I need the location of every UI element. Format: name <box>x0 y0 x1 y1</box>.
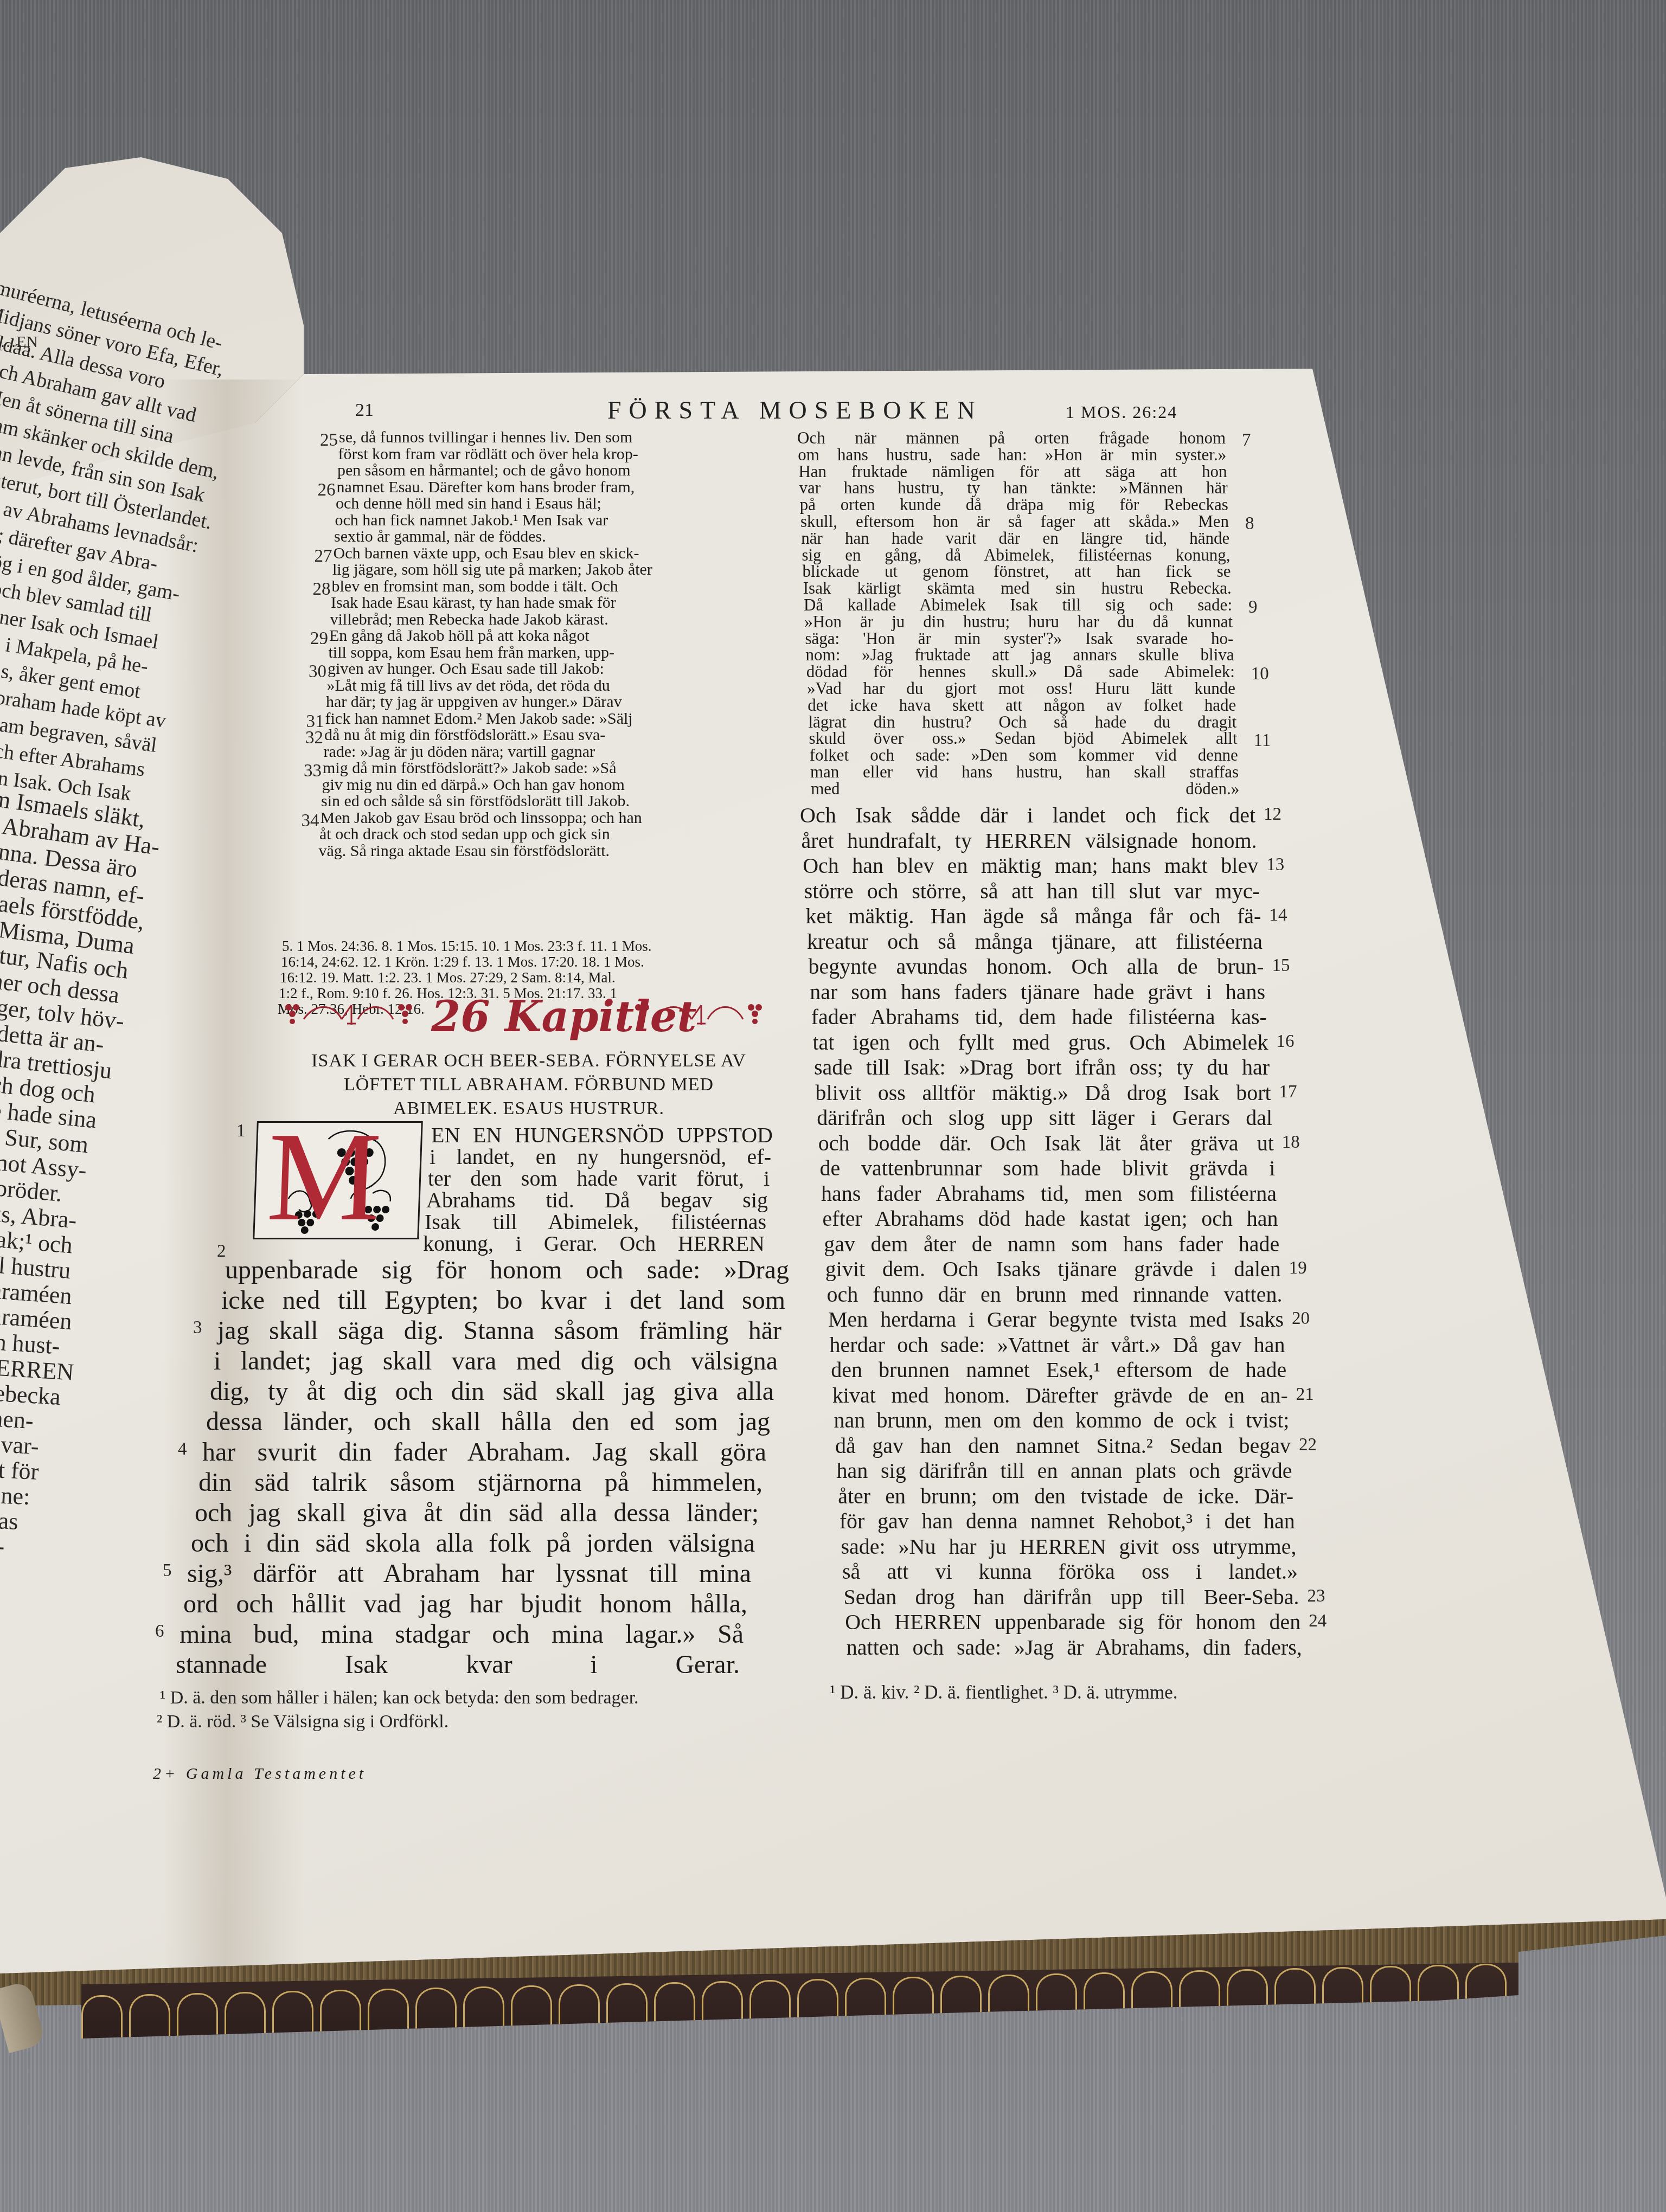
footnote-line: ² D. ä. röd. ³ Se Välsigna sig i Ordförk… <box>157 1710 448 1734</box>
text-line: han sig därifrån till en annan plats och… <box>837 1458 1292 1483</box>
text-line: ket mäktig. Han ägde så många får och fä… <box>805 903 1261 929</box>
chapter-heading: 26 Kapitlet <box>282 998 781 1052</box>
cross-reference-line: 5. 1 Mos. 24:36. 8. 1 Mos. 15:15. 10. 1 … <box>282 938 652 955</box>
text-line: icke ned till Egypten; bo kvar i det lan… <box>221 1285 785 1315</box>
left-page-header-fragment: …EN <box>0 325 38 359</box>
text-line: Och han blev en mäktig man; hans makt bl… <box>803 853 1258 878</box>
text-line: Och barnen växte upp, och Esau blev en s… <box>334 544 639 563</box>
text-line: sig,³ därför att Abraham har lyssnat til… <box>187 1559 751 1589</box>
cross-reference-line: 16:12. 19. Matt. 1:2. 23. 1 Mos. 27:29, … <box>280 969 616 986</box>
verse-number: 28 <box>313 580 331 600</box>
verse-number: 25 <box>320 430 338 451</box>
text-line: namnet Esau. Därefter kom hans broder fr… <box>337 478 635 497</box>
verse-number: 6 <box>155 1622 164 1642</box>
cross-reference-line: 16:14, 24:62. 12. 1 Krön. 1:29 f. 13. 1 … <box>281 954 644 970</box>
text-line: sin ed och sålde så sin förstfödslorätt … <box>321 792 630 811</box>
text-line: och denne höll med sin hand i Esaus häl; <box>336 494 601 513</box>
text-line: då nu åt mig din förstfödslorätt.» Esau … <box>324 726 605 744</box>
text-line: En gång då Jakob höll på att koka något <box>329 627 589 645</box>
verse-number: 30 <box>309 662 326 682</box>
text-line: och han fick namnet Jakob.¹ Men Isak var <box>335 511 608 530</box>
text-line: uppenbarade sig för honom och sade: »Dra… <box>225 1255 789 1285</box>
text-line: mig då min förstfödslorätt?» Jakob sade:… <box>323 759 617 777</box>
text-line: de vattenbrunnar som hade blivit grävda … <box>819 1155 1275 1181</box>
text-line: din säd talrik såsom stjärnorna på himme… <box>198 1468 762 1497</box>
text-line: gav dem åter de namn som hans fader hade <box>824 1231 1279 1257</box>
text-line: har svurit din fader Abraham. Jag skall … <box>202 1437 766 1467</box>
verse-number: 21 <box>1296 1385 1314 1405</box>
signature-mark: 2+ Gamla Testamentet <box>153 1765 367 1783</box>
text-line: först kom fram var rödlätt och över hela… <box>338 445 638 464</box>
text-line: fader Abrahams tid, dem hade filistéerna… <box>811 1004 1267 1030</box>
text-line: och funno där en brunn med rinnande vatt… <box>826 1282 1282 1307</box>
text-line: Men Jakob gav Esau bröd och linssoppa; o… <box>321 809 642 827</box>
text-line: sade: »Nu har ju HERREN givit oss utrymm… <box>841 1534 1296 1559</box>
verse-number: 15 <box>1272 956 1290 976</box>
verse-number: 18 <box>1282 1133 1300 1153</box>
chapter-verse-reference: 1 MOS. 26:24 <box>1066 402 1177 422</box>
text-line: tat igen och fyllt med grus. Och Abimele… <box>812 1030 1268 1055</box>
verse-number: 9 <box>1248 597 1258 618</box>
text-line: har där; ty jag är uppgiven av hunger.» … <box>326 693 622 711</box>
text-line: ord och hållit vad jag har bjudit honom … <box>183 1589 747 1619</box>
text-line: väg. Så ringa aktade Esau sin förstfödsl… <box>319 842 610 860</box>
verse-number: 13 <box>1266 855 1284 875</box>
verse-number: 34 <box>302 811 319 831</box>
verse-number: 11 <box>1254 731 1271 751</box>
text-line: då gav han den namnet Sitna.² Sedan bega… <box>835 1433 1291 1458</box>
text-line: året hundrafalt, ty HERREN välsignade ho… <box>802 828 1257 853</box>
text-line: »Låt mig få till livs av det röda, det r… <box>327 677 610 695</box>
text-line: mina bud, mina stadgar och mina lagar.» … <box>180 1619 744 1649</box>
verse-number: 26 <box>318 480 336 500</box>
text-line: i landet; jag skall vara med dig och väl… <box>214 1346 778 1376</box>
text-line: den brunnen namnet Esek,¹ eftersom de ha… <box>831 1357 1286 1382</box>
chapter-title: 26 Kapitlet <box>431 992 697 1041</box>
page-number: 21 <box>355 400 374 421</box>
text-line: fick han namnet Edom.² Men Jakob sade: »… <box>325 710 633 728</box>
verse-number: 5 <box>163 1561 172 1581</box>
text-line: begynte avundas honom. Och alla de brun- <box>809 954 1264 979</box>
text-line: och jag skall giva åt din säd alla dessa… <box>195 1498 759 1528</box>
text-line: rade: »Jag är ju döden nära; vartill gag… <box>324 743 595 761</box>
text-line: Sedan drog han därifrån upp till Beer-Se… <box>844 1584 1299 1610</box>
drop-cap-letter: M <box>265 1113 383 1240</box>
verse-number: 7 <box>1242 430 1251 451</box>
running-title: FÖRSTA MOSEBOKEN <box>607 396 983 425</box>
text-line: nar som hans faders tjänare hade grävt i… <box>810 979 1265 1005</box>
text-line: Och HERREN uppenbarade sig för honom den <box>845 1609 1300 1635</box>
text-line: herdar och sade: »Vattnet är vårt.» Då g… <box>830 1332 1285 1358</box>
text-line: med döden.» <box>811 779 1239 799</box>
text-line: Isak hade Esau kärast, ty han hade smak … <box>331 594 616 612</box>
text-line: hans fader Abrahams tid, men som filisté… <box>821 1181 1277 1206</box>
footnote-line: ¹ D. ä. den som håller i hälen; kan ock … <box>160 1686 639 1710</box>
verse-number-1: 1 <box>236 1121 246 1141</box>
verse-number: 27 <box>315 546 332 567</box>
text-line: nan brunn, men om den kommo de ock i tvi… <box>834 1407 1289 1433</box>
verse-number: 17 <box>1279 1082 1297 1102</box>
text-line: Men herdarna i Gerar begynte tvista med … <box>828 1307 1284 1332</box>
text-line: för gav han denna namnet Rehobot,³ i det… <box>840 1508 1295 1534</box>
text-line: lig jägare, som höll sig ute på marken; … <box>332 561 652 579</box>
verse-number: 3 <box>193 1318 202 1338</box>
chapter-summary-line: LÖFTET TILL ABRAHAM. FÖRBUND MED <box>277 1073 781 1097</box>
text-line: blev en fromsint man, som bodde i tält. … <box>332 577 618 596</box>
text-line: blivit oss alltför mäktig.» Då drog Isak… <box>816 1080 1271 1105</box>
drop-cap-box: M <box>253 1121 423 1239</box>
text-line: giv mig nu din ed därpå.» Och han gav ho… <box>322 776 625 794</box>
text-line: pen såsom en hårmantel; och de gåvo hono… <box>337 461 631 480</box>
text-line: dig, ty åt dig och din säd skall jag giv… <box>210 1377 774 1406</box>
text-line: därifrån och slog upp sitt läger i Gerar… <box>817 1105 1272 1130</box>
text-line: se, då funnos tvillingar i hennes liv. D… <box>339 428 632 447</box>
verse-number: 12 <box>1264 805 1281 825</box>
text-line: kreatur och så många tjänare, att filist… <box>807 929 1263 954</box>
text-line: och i din säd skola alla folk på jorden … <box>191 1528 755 1558</box>
text-line: efter Abrahams död hade kastat igen; och… <box>823 1206 1278 1231</box>
verse-number: 33 <box>304 761 322 781</box>
text-line: kivat med honom. Därefter grävde de en a… <box>832 1382 1288 1408</box>
verse-number: 22 <box>1299 1435 1317 1455</box>
text-line: större och större, så att han till slut … <box>804 878 1260 904</box>
verse-number: 4 <box>178 1439 187 1459</box>
verse-number: 29 <box>310 629 328 649</box>
text-line: åter en brunn; om den tvistade de icke. … <box>838 1483 1293 1509</box>
verse-number: 24 <box>1309 1611 1327 1631</box>
text-line: natten och sade: »Jag är Abrahams, din f… <box>847 1635 1302 1660</box>
text-line: åt och drack och stod sedan upp och gick… <box>319 825 610 844</box>
text-line: givit dem. Och Isaks tjänare grävde i da… <box>825 1256 1281 1282</box>
footnotes-right-column: ¹ D. ä. kiv. ² D. ä. fientlighet. ³ D. ä… <box>830 1681 1178 1705</box>
text-line: sade till Isak: »Drag bort ifrån oss; ty… <box>814 1054 1270 1080</box>
text-line: dessa länder, och skall hålla den ed som… <box>206 1407 770 1437</box>
verse-number: 16 <box>1276 1032 1294 1052</box>
left-page-line: er- <box>0 1529 94 1567</box>
verse-number: 19 <box>1289 1258 1307 1278</box>
text-line: Och Isak sådde där i landet och fick det <box>800 802 1255 828</box>
text-line: till soppa, kom Esau hem från marken, up… <box>329 644 614 662</box>
text-line: konung, i Gerar. Och HERREN <box>423 1231 765 1256</box>
text-line: stannade Isak kvar i Gerar. <box>176 1650 740 1680</box>
verse-number: 20 <box>1292 1309 1310 1329</box>
text-line: given av hunger. Och Esau sade till Jako… <box>328 660 604 678</box>
text-line: jag skall säga dig. Stanna såsom främlin… <box>217 1316 781 1346</box>
text-line: sextio år gammal, när de föddes. <box>334 528 546 546</box>
verse-number: 10 <box>1251 664 1269 684</box>
verse-number: 23 <box>1308 1586 1325 1606</box>
chapter-summary-line: ISAK I GERAR OCH BEER-SEBA. FÖRNYELSE AV <box>277 1049 781 1073</box>
verse-number: 8 <box>1245 514 1254 534</box>
verse-number: 32 <box>305 728 323 748</box>
text-line: och bodde där. Och Isak lät åter gräva u… <box>818 1130 1274 1156</box>
text-line: så att vi kunna föröka oss i landet.» <box>842 1559 1298 1584</box>
verse-number: 14 <box>1269 905 1287 925</box>
text-line: villebråd; men Rebecka hade Jakob kärast… <box>330 610 608 629</box>
